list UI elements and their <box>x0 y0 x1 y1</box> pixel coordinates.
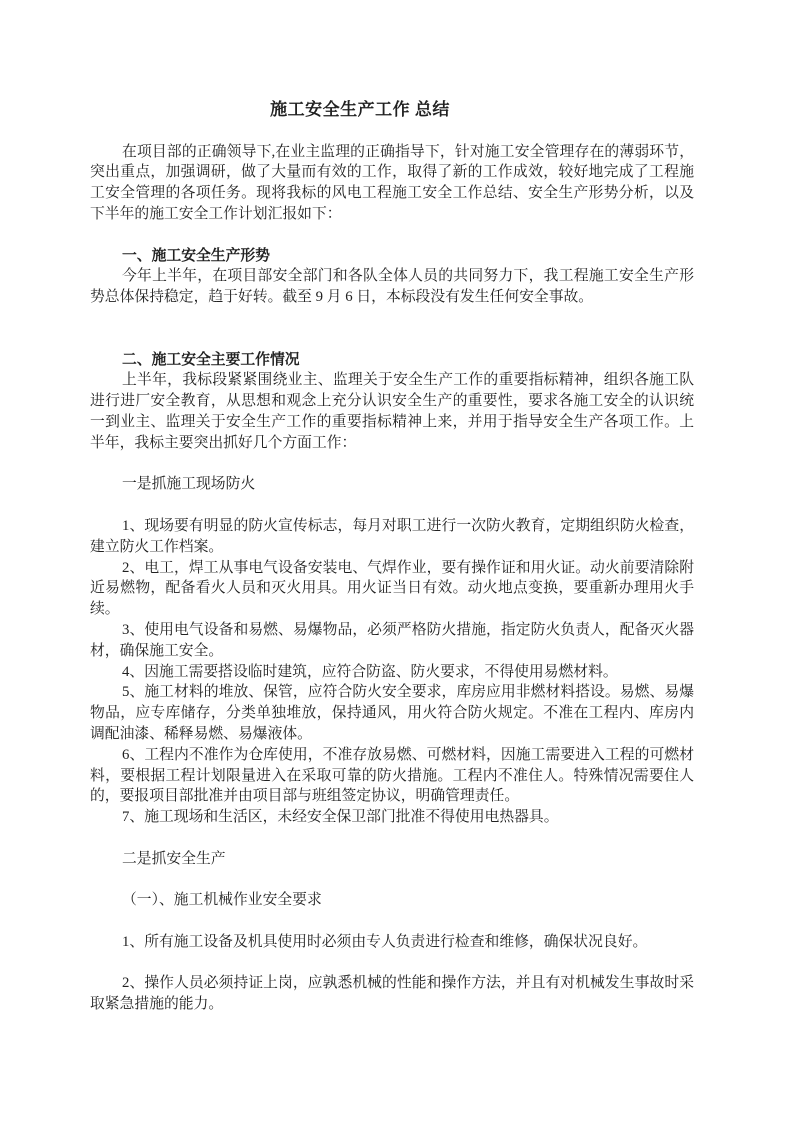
fire-item-7: 7、施工现场和生活区，未经安全保卫部门批准不得使用电热器具。 <box>90 807 694 828</box>
fire-item-3: 3、使用电气设备和易燃、易爆物品，必须严格防火措施，指定防火负责人，配备灭火器材… <box>90 620 694 662</box>
subsection-fire-heading: 一是抓施工现场防火 <box>90 474 694 495</box>
fire-item-2: 2、电工，焊工从事电气设备安装电、气焊作业，要有操作证和用火证。动火前要清除附近… <box>90 558 694 620</box>
subsection-safety-heading: 二是抓安全生产 <box>90 849 694 870</box>
fire-item-4: 4、因施工需要搭设临时建筑，应符合防盗、防火要求，不得使用易燃材料。 <box>90 662 694 683</box>
fire-item-1: 1、现场要有明显的防火宣传标志，每月对职工进行一次防火教育，定期组织防火检查，建… <box>90 516 694 558</box>
section-1-heading: 一、施工安全生产形势 <box>90 246 694 267</box>
machinery-item-2: 2、操作人员必须持证上岗，应孰悉机械的性能和操作方法，并且有对机械发生事故时采取… <box>90 973 694 1015</box>
machinery-heading: （一）、施工机械作业安全要求 <box>90 890 694 911</box>
fire-item-6: 6、工程内不准作为仓库使用，不准存放易燃、可燃材料，因施工需要进入工程的可燃材料… <box>90 745 694 807</box>
section-2-paragraph: 上半年，我标段紧紧围绕业主、监理关于安全生产工作的重要指标精神，组织各施工队进行… <box>90 370 694 453</box>
section-1-paragraph: 今年上半年，在项目部安全部门和各队全体人员的共同努力下，我工程施工安全生产形势总… <box>90 266 694 308</box>
document-page: 施工安全生产工作 总结 在项目部的正确领导下,在业主监理的正确指导下，针对施工安… <box>0 0 793 1122</box>
machinery-item-1: 1、所有施工设备及机具使用时必须由专人负责进行检查和维修，确保状况良好。 <box>90 932 694 953</box>
intro-paragraph: 在项目部的正确领导下,在业主监理的正确指导下，针对施工安全管理存在的薄弱环节，突… <box>90 142 694 225</box>
section-2-heading: 二、施工安全主要工作情况 <box>90 350 694 371</box>
document-title: 施工安全生产工作 总结 <box>90 100 630 121</box>
document-body: 施工安全生产工作 总结 在项目部的正确领导下,在业主监理的正确指导下，针对施工安… <box>90 100 694 1015</box>
fire-item-5: 5、施工材料的堆放、保管，应符合防火安全要求，库房应用非燃材料搭设。易燃、易爆物… <box>90 682 694 744</box>
